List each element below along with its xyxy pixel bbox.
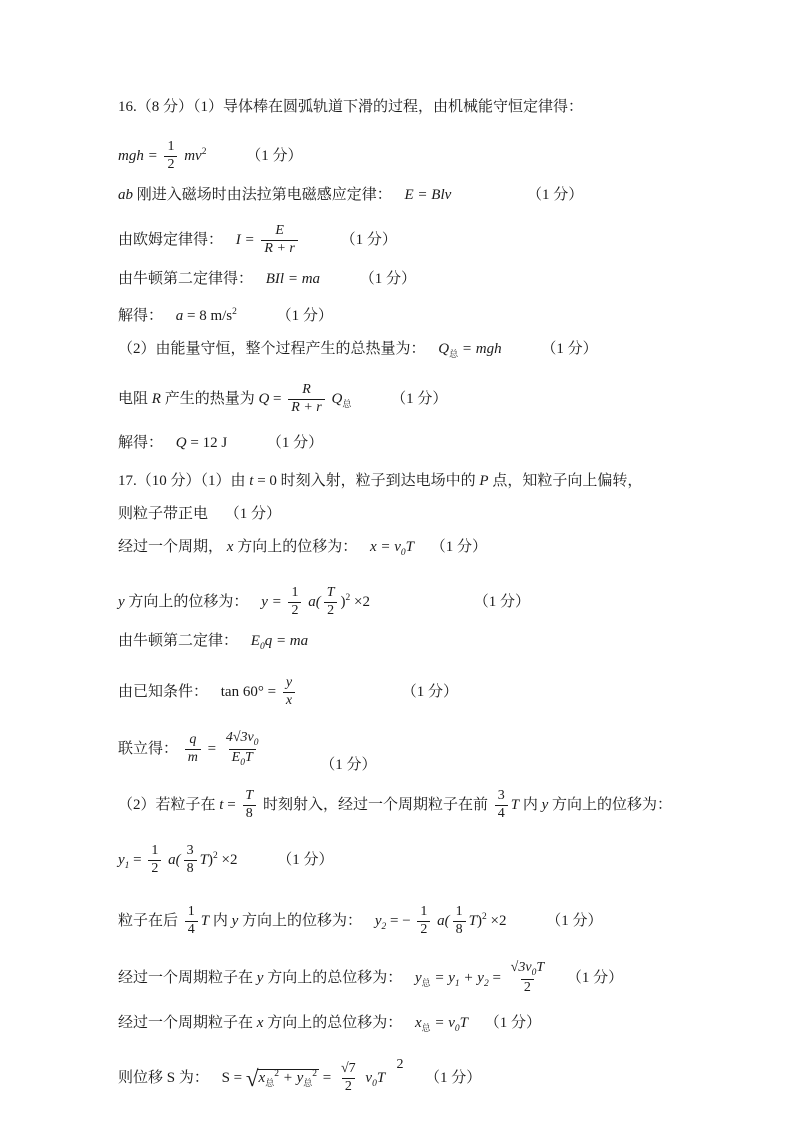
math-var: P <box>479 473 488 489</box>
line-label: 方向上的总位移为： <box>267 1015 402 1031</box>
math-value: = 12 J <box>190 435 227 451</box>
math-var: y <box>118 852 125 868</box>
math-var: x <box>257 1015 264 1031</box>
math-var: T <box>200 852 208 868</box>
math-var: Q <box>331 391 342 407</box>
q16-ohm-line: 由欧姆定律得： I = ER + r （1 分） <box>118 217 740 263</box>
line-text: 粒子在后 <box>118 913 178 929</box>
line-label: 方向上的位移为： <box>128 594 248 610</box>
line-text: 则粒子带正电 <box>118 506 208 522</box>
answer-sheet-page: 16.（8 分）（1）导体棒在圆弧轨道下滑的过程，由机械能守恒定律得： mgh … <box>0 0 800 1131</box>
line-text: 经过一个周期粒子在 <box>118 1015 257 1031</box>
math-var: y <box>257 970 264 986</box>
math-var: y <box>542 797 549 813</box>
numerator: 1 <box>453 904 466 921</box>
math-var: t <box>249 473 253 489</box>
math-var: t <box>219 797 223 813</box>
score-label: （1 分） <box>402 684 458 700</box>
q16-mech-energy-line: mgh = 12 mv2 （1 分） <box>118 129 740 179</box>
subscript: 总 <box>449 349 458 359</box>
denominator: R + r <box>288 399 324 417</box>
line-text: 经过一个周期粒子在 <box>118 970 257 986</box>
line-label: 方向上的位移为： <box>237 539 357 555</box>
math-var: a <box>176 308 184 324</box>
fraction: 34 <box>495 788 508 823</box>
math-var: E <box>251 633 260 649</box>
math-var: R <box>152 391 161 407</box>
fraction: 18 <box>453 904 466 939</box>
superscript: 2 <box>346 593 351 603</box>
math-var: y <box>118 594 125 610</box>
denominator: m <box>185 749 201 767</box>
fraction: 12 <box>288 585 301 620</box>
math-lhs: I = <box>236 232 255 248</box>
subscript: 总 <box>422 978 431 988</box>
math-lhs: y = <box>261 594 282 610</box>
math-lhs: mgh = <box>118 148 158 164</box>
math-term: = v <box>431 1015 455 1031</box>
line-text: 方向上的位移为： <box>552 797 672 813</box>
numerator: 1 <box>148 843 161 860</box>
math-formula: E = Blv <box>405 187 452 203</box>
fraction: √3v0T2 <box>508 960 547 997</box>
math-lhs: x = v <box>370 539 401 555</box>
score-label: （1 分） <box>277 308 333 324</box>
q16-heat-r-line: 电阻 R 产生的热量为 Q = RR + r Q总 （1 分） <box>118 376 740 427</box>
line-text: = 0 时刻入射，粒子到达电场中的 <box>257 473 479 489</box>
superscript: 2 <box>482 912 487 922</box>
q16-newton-line: 由牛顿第二定律得： BIl = ma （1 分） <box>118 268 740 290</box>
subscript: 0 <box>254 738 259 748</box>
score-label: （1 分） <box>391 391 447 407</box>
line-label: 方向上的总位移为： <box>267 970 402 986</box>
fraction: yx <box>283 675 295 710</box>
score-label: （1 分） <box>567 970 623 986</box>
math-term: mv <box>184 148 202 164</box>
score-label: （1 分） <box>341 232 397 248</box>
line-text: 电阻 <box>118 391 152 407</box>
q16-solve-q-line: 解得： Q = 12 J （1 分） <box>118 432 740 454</box>
denominator: x <box>283 692 295 710</box>
math-operator: = <box>208 741 216 757</box>
denominator: E0T <box>229 749 256 769</box>
denominator: 8 <box>453 921 466 939</box>
subscript: 1 <box>125 861 130 871</box>
line-text: 方向上的位移为： <box>242 913 362 929</box>
denominator: 8 <box>184 860 197 878</box>
line-text: （2）若粒子在 <box>118 797 219 813</box>
numerator: q <box>186 732 199 749</box>
superscript: 2 <box>213 851 218 861</box>
q16-part2-heat-line: （2）由能量守恒，整个过程产生的总热量为： Q总 = mgh （1 分） <box>118 338 740 365</box>
q17-x-total-line: 经过一个周期粒子在 x 方向上的总位移为： x总 = v0T （1 分） <box>118 1012 740 1040</box>
numerator: E <box>272 223 287 240</box>
score-label: （1 分） <box>431 539 487 555</box>
math-var: Q <box>438 341 449 357</box>
denominator: 2 <box>521 979 534 997</box>
denominator: 2 <box>164 156 177 174</box>
math-var: T <box>245 750 253 765</box>
score-label: （1 分） <box>246 148 302 164</box>
math-var: x <box>415 1015 422 1031</box>
denominator: 2 <box>324 602 337 620</box>
numerator: T <box>242 788 256 805</box>
numerator: 4√3v0 <box>223 730 262 749</box>
denominator: 2 <box>342 1078 355 1096</box>
math-operator: = <box>273 391 281 407</box>
superscript: 2 <box>202 147 207 157</box>
math-term: ×2 <box>354 594 370 610</box>
q16-heading: 16.（8 分）（1）导体棒在圆弧轨道下滑的过程，由机械能守恒定律得： <box>118 96 740 118</box>
q17-heading: 17.（10 分）（1）由 t = 0 时刻入射，粒子到达电场中的 P 点，知粒… <box>118 470 740 492</box>
math-operator: = <box>489 970 501 986</box>
math-rhs: = mgh <box>462 341 502 357</box>
line-label: 由牛顿第二定律： <box>118 633 238 649</box>
math-formula: BIl = ma <box>266 271 320 287</box>
math-operator: = − <box>390 913 411 929</box>
line-text: 产生的热量为 <box>165 391 255 407</box>
math-term: a( <box>168 852 181 868</box>
line-label: 解得： <box>118 435 163 451</box>
numerator: √3v0T <box>508 960 547 979</box>
numerator: 1 <box>185 904 198 921</box>
fraction: 14 <box>185 904 198 939</box>
q17-y-total-line: 经过一个周期粒子在 y 方向上的总位移为： y总 = y1 + y2 = √3v… <box>118 955 740 1007</box>
line-text: 经过一个周期， <box>118 539 223 555</box>
math-term: ×2 <box>491 913 507 929</box>
numerator: T <box>324 585 338 602</box>
math-term: a( <box>308 594 321 610</box>
q17-charge-line: 则粒子带正电 （1 分） <box>118 503 740 525</box>
line-text: 内 <box>523 797 542 813</box>
fraction: 12 <box>164 139 177 174</box>
subscript: 总 <box>342 399 351 409</box>
q17-y2-line: 粒子在后 14T 内 y 方向上的位移为： y2 = − 12 a(18T)2 … <box>118 894 740 950</box>
subscript: 总 <box>265 1078 274 1088</box>
line-label: 联立得： <box>118 741 178 757</box>
q17-y-disp-line: y 方向上的位移为： y = 12 a(T2)2 ×2 （1 分） <box>118 575 740 625</box>
numerator: R <box>299 382 314 399</box>
q17-y1-line: y1 = 12 a(38T)2 ×2 （1 分） <box>118 833 740 889</box>
math-var: x <box>227 539 234 555</box>
fraction: T2 <box>324 585 338 620</box>
math-term: 4√3v <box>226 730 254 745</box>
math-var: T <box>201 913 209 929</box>
math-var: ab <box>118 187 133 203</box>
denominator: 2 <box>417 921 430 939</box>
denominator: 2 <box>288 602 301 620</box>
denominator: 4 <box>495 805 508 823</box>
fraction: 12 <box>148 843 161 878</box>
score-label: （1 分） <box>360 271 416 287</box>
superscript: 2 <box>232 307 237 317</box>
line-label: 由欧姆定律得： <box>118 232 223 248</box>
numerator: 3 <box>495 788 508 805</box>
line-text: 时刻射入，经过一个周期粒子在前 <box>263 797 488 813</box>
score-label: （1 分） <box>277 852 333 868</box>
math-var: T <box>406 539 414 555</box>
numerator: 1 <box>164 139 177 156</box>
numerator: y <box>283 675 295 692</box>
numerator: 1 <box>288 585 301 602</box>
numerator: 3 <box>184 843 197 860</box>
fraction: 12 <box>417 904 430 939</box>
math-var: y <box>232 913 239 929</box>
line-label: （2）由能量守恒，整个过程产生的总热量为： <box>118 341 426 357</box>
math-var: y <box>415 970 422 986</box>
q16-accel-line: 解得： a = 8 m/s2 （1 分） <box>118 301 740 327</box>
q17-newton-line: 由牛顿第二定律： E0q = ma <box>118 630 740 658</box>
math-var: T <box>469 913 477 929</box>
denominator: 4 <box>185 921 198 939</box>
math-term: a( <box>437 913 450 929</box>
score-label: （1 分） <box>225 506 281 522</box>
math-var: T <box>511 797 519 813</box>
score-label: （1 分） <box>527 187 583 203</box>
q17-ratio-line: 联立得： qm = 4√3v0E0T （1 分） <box>118 720 740 778</box>
q16-heading-text: 16.（8 分）（1）导体棒在圆弧轨道下滑的过程，由机械能守恒定律得： <box>118 99 583 115</box>
fraction: T8 <box>242 788 256 823</box>
math-lhs: tan 60° = <box>221 684 276 700</box>
line-label: 由牛顿第二定律得： <box>118 271 253 287</box>
math-operator: = <box>227 797 235 813</box>
line-text: 17.（10 分）（1）由 <box>118 473 249 489</box>
score-label: （1 分） <box>320 757 376 773</box>
math-term: ×2 <box>221 852 237 868</box>
line-label: 解得： <box>118 308 163 324</box>
denominator: 8 <box>243 805 256 823</box>
line-text: 内 <box>213 913 232 929</box>
fraction: 38 <box>184 843 197 878</box>
fraction: ER + r <box>261 223 297 258</box>
fraction: qm <box>185 732 201 767</box>
math-var: Q <box>176 435 187 451</box>
line-label: 由已知条件： <box>118 684 208 700</box>
score-label: （1 分） <box>485 1015 541 1031</box>
score-label: （1 分） <box>541 341 597 357</box>
q17-part2-intro-line: （2）若粒子在 t = T8 时刻射入，经过一个周期粒子在前 34T 内 y 方… <box>118 782 740 828</box>
fraction: RR + r <box>288 382 324 417</box>
math-value: = 8 m/s <box>187 308 232 324</box>
q16-faraday-line: ab 刚进入磁场时由法拉第电磁感应定律： E = Blv （1 分） <box>118 184 740 206</box>
denominator: R + r <box>261 240 297 258</box>
denominator: 2 <box>148 860 161 878</box>
math-var: Q <box>258 391 269 407</box>
line-text: 刚进入磁场时由法拉第电磁感应定律： <box>137 187 392 203</box>
math-rhs: q = ma <box>265 633 308 649</box>
score-label: （1 分） <box>546 913 602 929</box>
subscript: 总 <box>422 1023 431 1033</box>
q17-x-disp-line: 经过一个周期， x 方向上的位移为： x = v0T （1 分） <box>118 536 740 564</box>
math-var: E <box>232 750 241 765</box>
math-var: T <box>460 1015 468 1031</box>
line-text: 点，知粒子向上偏转， <box>492 473 642 489</box>
page-number: 2 <box>397 1057 404 1072</box>
subscript: 总 <box>303 1078 312 1088</box>
math-term: = y <box>431 970 455 986</box>
page-footer: 2 <box>0 1057 800 1073</box>
fraction: 4√3v0E0T <box>223 730 262 770</box>
numerator: 1 <box>417 904 430 921</box>
math-term: √3v <box>511 960 532 975</box>
q17-tan-line: 由已知条件： tan 60° = yx （1 分） <box>118 669 740 715</box>
math-term: + y <box>460 970 484 986</box>
math-var: T <box>536 960 544 975</box>
score-label: （1 分） <box>267 435 323 451</box>
subscript: 2 <box>381 922 386 932</box>
math-operator: = <box>133 852 141 868</box>
score-label: （1 分） <box>474 594 530 610</box>
